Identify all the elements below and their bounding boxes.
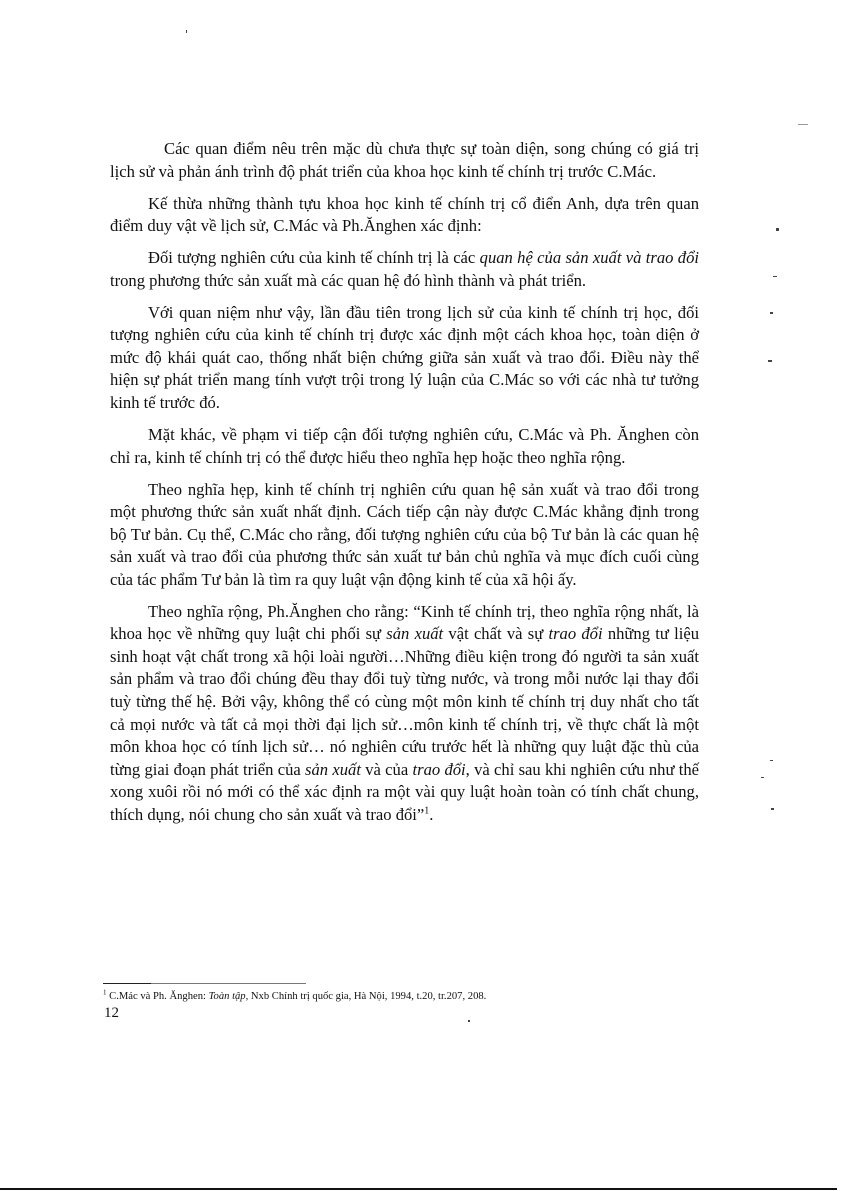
scan-speck (186, 30, 187, 33)
paragraph: Theo nghĩa rộng, Ph.Ănghen cho rằng: “Ki… (110, 601, 699, 826)
text-run: , Nxb Chính trị quốc gia, Hà Nội, 1994, … (246, 991, 487, 1002)
scan-speck (770, 312, 773, 314)
paragraph: Theo nghĩa hẹp, kinh tế chính trị nghiên… (110, 479, 699, 592)
footnote-separator (103, 983, 306, 984)
text-run: Các quan điểm nêu trên mặc dù chưa thực … (110, 139, 699, 181)
text-run: vật chất và sự (443, 624, 548, 643)
italic-text: sản xuất (386, 624, 443, 643)
scan-bottom-edge (0, 1188, 837, 1190)
text-run: Với quan niệm như vậy, lần đầu tiên tron… (110, 303, 699, 412)
scan-speck (468, 1020, 470, 1022)
scan-speck (798, 124, 808, 125)
italic-text: sản xuất (305, 760, 361, 779)
italic-text: trao đổi (548, 624, 602, 643)
italic-text: trao đổi (413, 760, 466, 779)
scan-speck (773, 276, 777, 277)
document-page: Các quan điểm nêu trên mặc dù chưa thực … (0, 0, 841, 1191)
footnote: 1 C.Mác và Ph. Ănghen: Toàn tập, Nxb Chí… (103, 990, 723, 1003)
text-run: Theo nghĩa hẹp, kinh tế chính trị nghiên… (110, 480, 699, 589)
text-run: . (429, 805, 433, 824)
page-number: 12 (104, 1004, 119, 1022)
scan-speck (771, 808, 774, 810)
text-run: Mặt khác, về phạm vi tiếp cận đối tượng … (110, 425, 699, 467)
text-run: những tư liệu sinh hoạt vật chất trong x… (110, 624, 699, 778)
text-run: C.Mác và Ph. Ănghen: (107, 991, 209, 1002)
paragraph: Đối tượng nghiên cứu của kinh tế chính t… (110, 247, 699, 292)
text-run: và của (361, 760, 413, 779)
body-text: Các quan điểm nêu trên mặc dù chưa thực … (110, 138, 699, 826)
scan-speck (761, 777, 764, 778)
paragraph: Các quan điểm nêu trên mặc dù chưa thực … (110, 138, 699, 183)
italic-text: Toàn tập (209, 991, 246, 1002)
text-run: Kế thừa những thành tựu khoa học kinh tế… (110, 194, 699, 236)
paragraph: Mặt khác, về phạm vi tiếp cận đối tượng … (110, 424, 699, 469)
scan-speck (770, 760, 773, 761)
paragraph: Kế thừa những thành tựu khoa học kinh tế… (110, 193, 699, 238)
scan-speck (776, 228, 779, 231)
text-run: Đối tượng nghiên cứu của kinh tế chính t… (148, 248, 480, 267)
paragraph: Với quan niệm như vậy, lần đầu tiên tron… (110, 302, 699, 415)
footnote-text: C.Mác và Ph. Ănghen: Toàn tập, Nxb Chính… (107, 991, 487, 1002)
italic-text: quan hệ của sản xuất và trao đổi (480, 248, 699, 267)
scan-speck (768, 360, 772, 362)
text-run: trong phương thức sản xuất mà các quan h… (110, 271, 586, 290)
